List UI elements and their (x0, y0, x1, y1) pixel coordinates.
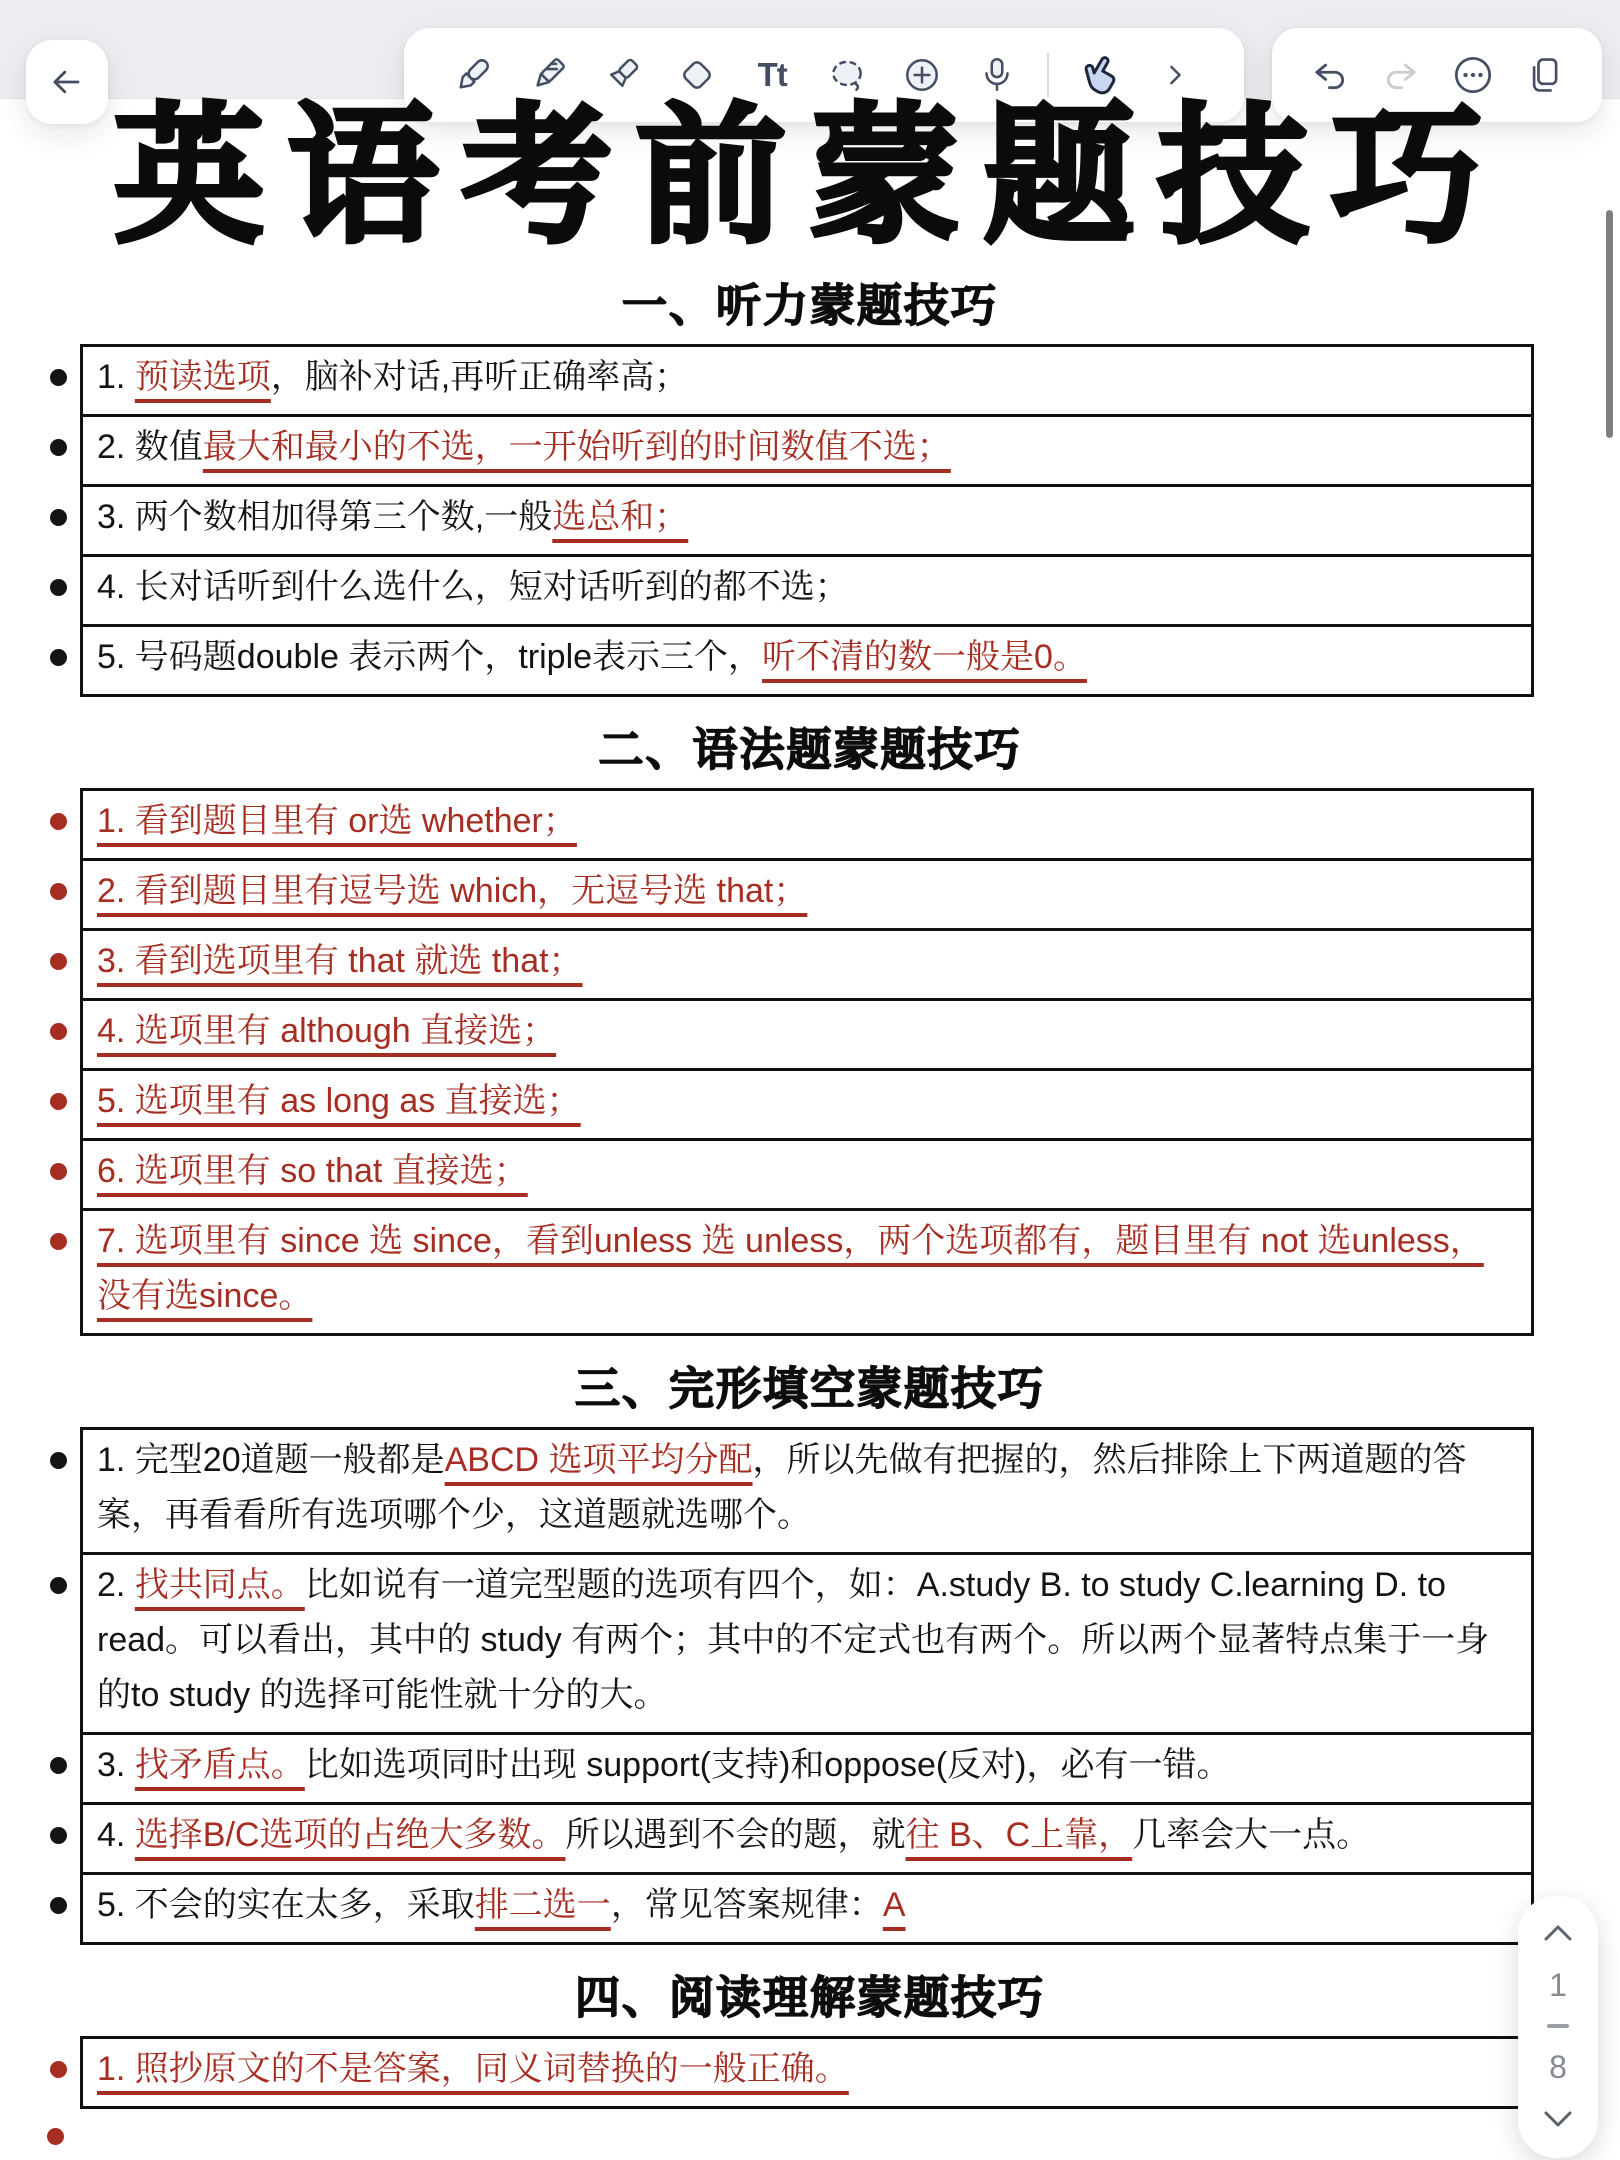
section-heading: 一、听力蒙题技巧 (0, 269, 1620, 334)
list-item-text: 4. 选项里有 although 直接选； (97, 1012, 556, 1050)
bullet-icon (50, 953, 67, 970)
list-item-text: 5. 号码题double 表示两个，triple表示三个，听不清的数一般是0。 (97, 638, 1087, 676)
bullet-icon (50, 1023, 67, 1040)
current-page-number: 1 (1549, 1969, 1567, 2001)
section-list: 1. 预读选项，脑补对话,再听正确率高；2. 数值最大和最小的不选，一开始听到的… (80, 344, 1534, 697)
bullet-icon (50, 579, 67, 596)
list-item-text: 4. 长对话听到什么选什么，短对话听到的都不选； (97, 568, 849, 606)
bullet-icon (50, 1577, 67, 1594)
section-list: 1. 看到题目里有 or选 whether；2. 看到题目里有逗号选 which… (80, 788, 1534, 1336)
list-item-text: 2. 数值最大和最小的不选，一开始听到的时间数值不选； (97, 428, 951, 466)
bullet-icon (50, 439, 67, 456)
pen-icon (452, 54, 494, 96)
list-item: 5. 号码题double 表示两个，triple表示三个，听不清的数一般是0。 (80, 624, 1534, 697)
page-navigator: 1 8 (1518, 1896, 1598, 2158)
bullet-icon (50, 1757, 67, 1774)
list-item-text: 2. 找共同点。比如说有一道完型题的选项有四个，如：A.study B. to … (97, 1566, 1489, 1714)
page-up-button[interactable] (1538, 1920, 1578, 1946)
list-item-text: 5. 不会的实在太多，采取排二选一，常见答案规律：A (97, 1886, 906, 1924)
list-item: 3. 找矛盾点。比如选项同时出现 support(支持)和oppose(反对)，… (80, 1732, 1534, 1805)
redo-icon (1379, 53, 1423, 97)
text-tool-icon: Tt (758, 56, 787, 94)
bullet-icon (50, 649, 67, 666)
eraser-icon (676, 54, 718, 96)
list-item-text: 6. 选项里有 so that 直接选； (97, 1152, 528, 1190)
toolbar-divider (1047, 53, 1049, 97)
chevron-up-icon (1538, 1920, 1578, 1946)
list-item-text: 1. 看到题目里有 or选 whether； (97, 802, 577, 840)
bullet-icon (50, 369, 67, 386)
lasso-icon (826, 54, 868, 96)
list-item-text: 5. 选项里有 as long as 直接选； (97, 1082, 581, 1120)
bullet-icon (50, 1827, 67, 1844)
list-item: 1. 照抄原文的不是答案，同义词替换的一般正确。 (80, 2036, 1534, 2109)
list-item: 4. 长对话听到什么选什么，短对话听到的都不选； (80, 554, 1534, 627)
list-item: 6. 选项里有 so that 直接选； (80, 1138, 1534, 1211)
scrollbar[interactable] (1606, 210, 1613, 438)
list-item: 3. 看到选项里有 that 就选 that； (80, 928, 1534, 1001)
list-item: 1. 完型20道题一般都是ABCD 选项平均分配，所以先做有把握的，然后排除上下… (80, 1427, 1534, 1555)
list-item: 1. 看到题目里有 or选 whether； (80, 788, 1534, 861)
section-heading: 三、完形填空蒙题技巧 (0, 1352, 1620, 1417)
list-item-text: 3. 找矛盾点。比如选项同时出现 support(支持)和oppose(反对)，… (97, 1746, 1231, 1784)
plus-circle-icon (901, 54, 943, 96)
pencil-icon (527, 54, 569, 96)
section-list: 1. 照抄原文的不是答案，同义词替换的一般正确。 (80, 2036, 1534, 2109)
list-item: 7. 选项里有 since 选 since，看到unless 选 unless，… (80, 1208, 1534, 1336)
list-item-text: 1. 完型20道题一般都是ABCD 选项平均分配，所以先做有把握的，然后排除上下… (97, 1441, 1467, 1534)
list-item: 5. 选项里有 as long as 直接选； (80, 1068, 1534, 1141)
list-item: 3. 两个数相加得第三个数,一般选总和； (80, 484, 1534, 557)
list-item: 4. 选择B/C选项的占绝大多数。所以遇到不会的题，就往 B、C上靠，几率会大一… (80, 1802, 1534, 1875)
list-item-text: 3. 看到选项里有 that 就选 that； (97, 942, 583, 980)
note-title: 英语考前蒙题技巧 (0, 100, 1620, 253)
list-item-text: 1. 预读选项，脑补对话,再听正确率高； (97, 358, 688, 396)
pages-button[interactable] (1520, 51, 1568, 99)
list-item: 1. 预读选项，脑补对话,再听正确率高； (80, 344, 1534, 417)
note-page: 英语考前蒙题技巧 一、听力蒙题技巧1. 预读选项，脑补对话,再听正确率高；2. … (0, 98, 1620, 2109)
list-item: 2. 看到题目里有逗号选 which，无逗号选 that； (80, 858, 1534, 931)
chevron-right-icon (1157, 57, 1193, 93)
list-item-text: 3. 两个数相加得第三个数,一般选总和； (97, 498, 688, 536)
list-item-text: 1. 照抄原文的不是答案，同义词替换的一般正确。 (97, 2050, 849, 2088)
list-item: 5. 不会的实在太多，采取排二选一，常见答案规律：A (80, 1872, 1534, 1945)
bullet-icon (50, 2061, 67, 2078)
bullet-icon (50, 883, 67, 900)
microphone-icon (976, 54, 1018, 96)
bullet-icon (50, 813, 67, 830)
bullet-icon (50, 1093, 67, 1110)
chevron-down-icon (1538, 2106, 1578, 2132)
bullet-icon (50, 1897, 67, 1914)
section-heading: 二、语法题蒙题技巧 (0, 713, 1620, 778)
bullet-icon (50, 1452, 67, 1469)
notes-app-screen: { "colors": { "red": "#a62d22", "ink": "… (0, 0, 1620, 2160)
page-down-button[interactable] (1538, 2106, 1578, 2132)
section-list: 1. 完型20道题一般都是ABCD 选项平均分配，所以先做有把握的，然后排除上下… (80, 1427, 1534, 1945)
bullet-icon (50, 509, 67, 526)
bullet-icon (50, 1163, 67, 1180)
list-item-text: 2. 看到题目里有逗号选 which，无逗号选 that； (97, 872, 807, 910)
list-item: 4. 选项里有 although 直接选； (80, 998, 1534, 1071)
bullet-icon (50, 1233, 67, 1250)
note-sections: 一、听力蒙题技巧1. 预读选项，脑补对话,再听正确率高；2. 数值最大和最小的不… (0, 269, 1620, 2109)
pages-icon (1522, 53, 1566, 97)
section-heading: 四、阅读理解蒙题技巧 (0, 1961, 1620, 2026)
list-item: 2. 找共同点。比如说有一道完型题的选项有四个，如：A.study B. to … (80, 1552, 1534, 1735)
undo-icon (1308, 53, 1352, 97)
list-item-text: 7. 选项里有 since 选 since，看到unless 选 unless，… (97, 1222, 1484, 1315)
total-page-number: 8 (1549, 2051, 1567, 2083)
list-item-text: 4. 选择B/C选项的占绝大多数。所以遇到不会的题，就往 B、C上靠，几率会大一… (97, 1816, 1370, 1854)
page-separator (1547, 2024, 1569, 2028)
highlighter-icon (601, 54, 643, 96)
list-item: 2. 数值最大和最小的不选，一开始听到的时间数值不选； (80, 414, 1534, 487)
bullet-icon (47, 2128, 64, 2145)
